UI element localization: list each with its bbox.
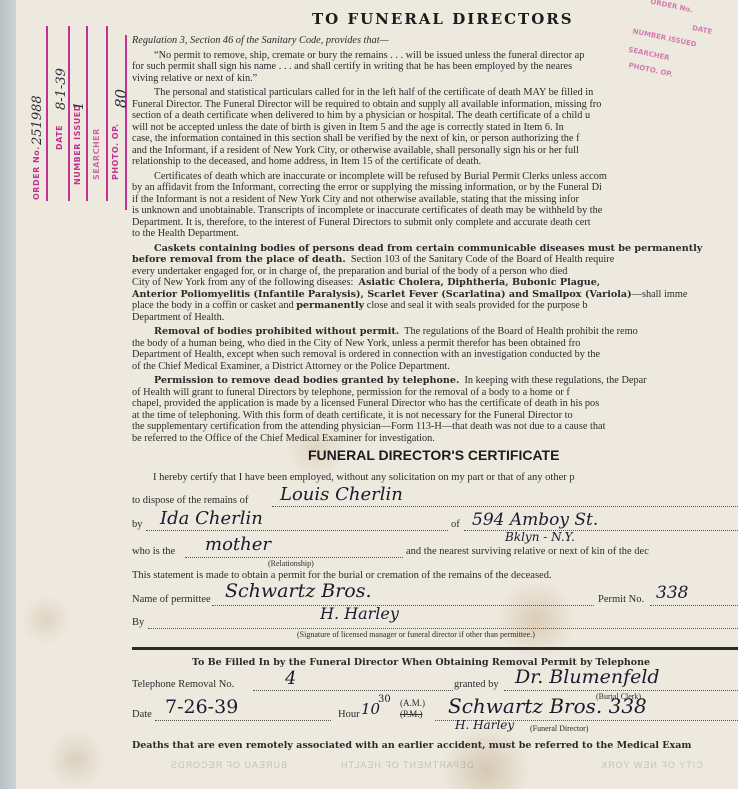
footer-notice: Deaths that are even remotely associated… <box>132 740 691 751</box>
stamp-rule-order <box>46 26 48 201</box>
removal-no-field[interactable]: 4 <box>285 668 296 689</box>
paragraph-caskets: Caskets containing bodies of persons dea… <box>132 243 738 324</box>
pm-option[interactable]: (P.M.) <box>400 709 423 719</box>
granted-by-label: granted by <box>454 679 499 690</box>
paragraph-quote: “No permit to remove, ship, cremate or b… <box>132 50 738 85</box>
date-field-line <box>155 720 331 721</box>
section-divider <box>132 647 738 650</box>
instructions-body: Regulation 3, Section 46 of the Sanitary… <box>132 35 738 447</box>
stamp-date-label: DATE <box>55 125 64 150</box>
by-field-line <box>146 530 448 531</box>
stamp-order-value: 251988 <box>30 95 45 145</box>
stamp-rule-searcher <box>106 26 108 201</box>
date-field[interactable]: 7-26-39 <box>165 696 238 718</box>
stamp-searcher-label: SEARCHER <box>92 128 101 180</box>
bleed-text-3: BUREAU OF RECORDS <box>170 760 287 770</box>
funeral-director-caption: (Funeral Director) <box>530 724 588 733</box>
by2-label: By <box>132 617 144 628</box>
stamp-date-value: 8-1-39 <box>54 68 69 110</box>
permit-no-label: Permit No. <box>598 594 644 605</box>
of-label: of <box>451 519 460 530</box>
stamp-photo-op-value: 80 <box>112 89 130 108</box>
director-field[interactable]: Schwartz Bros. 338 <box>448 694 647 718</box>
am-option[interactable]: (A.M.) <box>400 698 425 708</box>
bleed-text-2: DEPARTMENT OF HEALTH <box>340 760 473 770</box>
hour-label: Hour <box>338 709 360 720</box>
permit-no-field[interactable]: 338 <box>656 583 688 603</box>
stamp-rule-number <box>86 26 88 201</box>
granted-by-field[interactable]: Dr. Blumenfeld <box>515 666 660 688</box>
stamp-photo-op-label: PHOTO. OP. <box>111 124 120 181</box>
certificate-title: FUNERAL DIRECTOR'S CERTIFICATE <box>308 447 559 463</box>
permittee-field[interactable]: Schwartz Bros. <box>225 580 372 602</box>
scan-edge <box>0 0 16 789</box>
permittee-label: Name of permittee <box>132 594 211 605</box>
date-label: Date <box>132 709 152 720</box>
paragraph-inaccurate: Certificates of death which are inaccura… <box>132 171 738 240</box>
stamp-number-issued-value: 1 <box>72 102 87 110</box>
signature-caption: (Signature of licensed manager or funera… <box>297 630 535 639</box>
relationship-field[interactable]: mother <box>205 534 271 555</box>
nearest-relative-text: and the nearest surviving relative or ne… <box>406 546 649 557</box>
signature-field[interactable]: H. Harley <box>320 604 399 623</box>
relationship-caption: (Relationship) <box>268 559 314 568</box>
regulation-heading: Regulation 3, Section 46 of the Sanitary… <box>132 35 738 47</box>
permittee-field-line <box>212 605 594 606</box>
granted-by-field-line <box>504 690 738 691</box>
minute-field[interactable]: 30 <box>378 694 391 705</box>
stamp-order-label: ORDER No. <box>32 146 41 200</box>
stamp-number-issued-label: NUMBER ISSUED <box>73 104 82 185</box>
paragraph-removal-prohibited: Removal of bodies prohibited without per… <box>132 326 738 372</box>
address-field-line2[interactable]: Bklyn - N.Y. <box>505 530 575 544</box>
certificate-intro: I hereby certify that I have been employ… <box>153 472 575 483</box>
by-label: by <box>132 519 143 530</box>
remains-field-line <box>272 506 738 507</box>
bleed-text-1: CITY OF NEW YORK <box>600 760 703 770</box>
stamp-rule-date <box>68 26 70 201</box>
paragraph-telephone-permission: Permission to remove dead bodies granted… <box>132 375 738 444</box>
permit-no-field-line <box>650 605 738 606</box>
stamp-rule-photo <box>125 35 127 210</box>
director-signature[interactable]: H. Harley <box>455 718 514 732</box>
paragraph-particulars: The personal and statistical particulars… <box>132 87 738 168</box>
by-field[interactable]: Ida Cherlin <box>160 508 263 529</box>
removal-no-field-line <box>253 690 453 691</box>
document-title: TO FUNERAL DIRECTORS <box>312 10 574 28</box>
who-is-label: who is the <box>132 546 175 557</box>
remains-label: to dispose of the remains of <box>132 495 248 506</box>
address-field[interactable]: 594 Amboy St. <box>472 510 598 530</box>
relationship-field-line <box>185 557 403 558</box>
removal-no-label: Telephone Removal No. <box>132 679 234 690</box>
signature-field-line <box>148 628 738 629</box>
remains-field[interactable]: Louis Cherlin <box>280 484 403 505</box>
